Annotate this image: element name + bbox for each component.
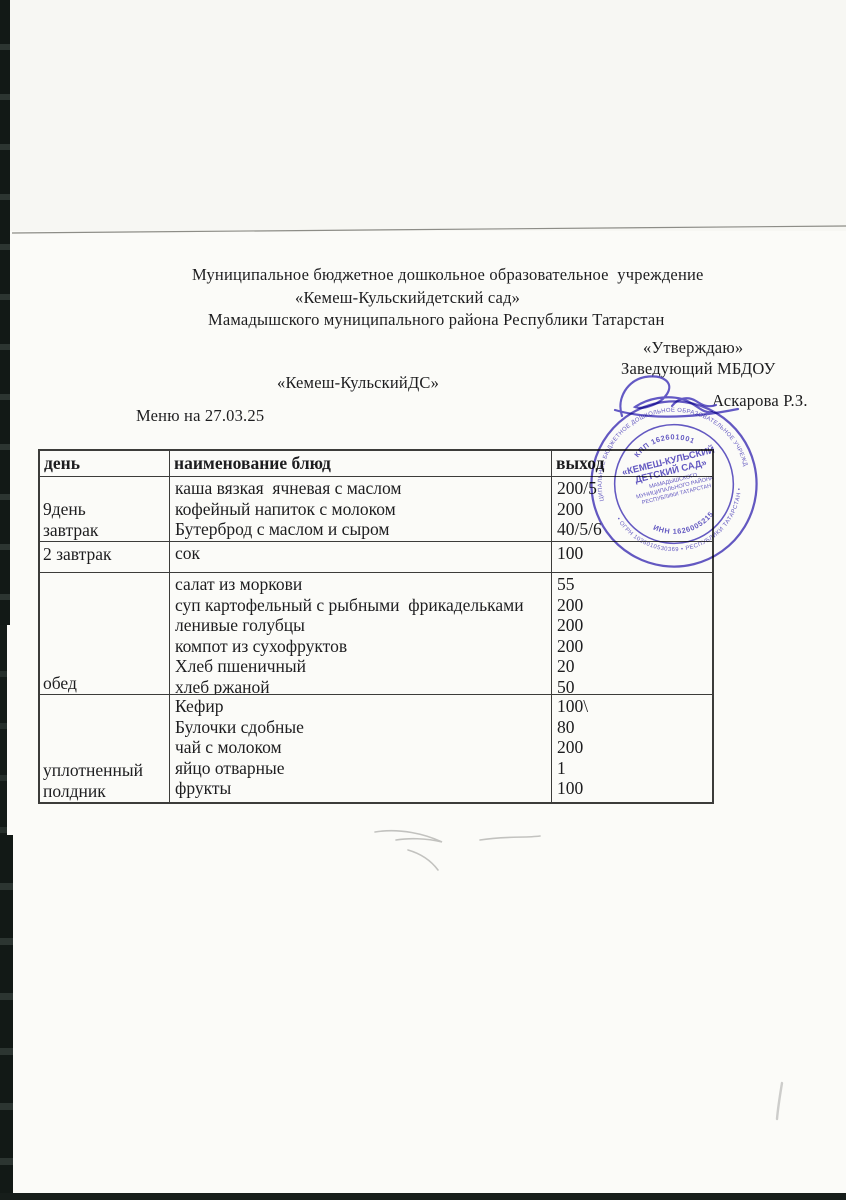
org-short-name: «Кемеш-КульскийДС» bbox=[277, 373, 439, 393]
pencil-mark bbox=[330, 810, 580, 910]
output-value: 100\ bbox=[557, 696, 710, 717]
table-row-breakfast-dishes: каша вязкая ячневая с маслом кофейный на… bbox=[170, 477, 552, 542]
output-value: 200 bbox=[557, 595, 710, 616]
dish-item: Кефир bbox=[175, 696, 549, 717]
table-row-breakfast-outputs: 200/5 200 40/5/6 bbox=[552, 477, 712, 542]
scan-bottom-edge bbox=[0, 1193, 846, 1200]
table-row-lunch-outputs: 55 200 200 200 20 50 bbox=[552, 573, 712, 695]
output-value: 200 bbox=[557, 615, 710, 636]
approve-role: Заведующий МБДОУ bbox=[621, 359, 776, 379]
day-label-line: обед bbox=[43, 673, 167, 694]
output-value: 200 bbox=[557, 499, 710, 520]
org-name-line3: Мамадышского муниципального района Респу… bbox=[208, 310, 664, 330]
output-value: 100 bbox=[557, 778, 710, 799]
dish-item: каша вязкая ячневая с маслом bbox=[175, 478, 549, 499]
dish-item: кофейный напиток с молоком bbox=[175, 499, 549, 520]
org-name-line2: «Кемеш-Кульскийдетский сад» bbox=[295, 288, 520, 308]
day-label-line: уплотненный bbox=[43, 760, 167, 781]
day-label-line: 2 завтрак bbox=[43, 544, 167, 565]
day-label-line: 9день bbox=[43, 499, 167, 520]
output-value: 200 bbox=[557, 636, 710, 657]
dish-item: яйцо отварные bbox=[175, 758, 549, 779]
table-row-lunch-day: обед bbox=[40, 573, 170, 695]
output-value: 200/5 bbox=[557, 478, 710, 499]
day-label-line: полдник bbox=[43, 781, 167, 802]
dish-item: салат из моркови bbox=[175, 574, 549, 595]
output-value: 80 bbox=[557, 717, 710, 738]
table-row-breakfast-day: 9день завтрак bbox=[40, 477, 170, 542]
table-row-second-breakfast-day: 2 завтрак bbox=[40, 542, 170, 573]
scanned-menu-page: Муниципальное бюджетное дошкольное образ… bbox=[0, 0, 846, 1200]
dish-item: суп картофельный с рыбными фрикадельками bbox=[175, 595, 549, 616]
dish-item: компот из сухофруктов bbox=[175, 636, 549, 657]
table-row-second-breakfast-outputs: 100 bbox=[552, 542, 712, 573]
dish-item: чай с молоком bbox=[175, 737, 549, 758]
output-value: 20 bbox=[557, 656, 710, 677]
column-header-output: выход bbox=[552, 451, 712, 477]
output-value: 200 bbox=[557, 737, 710, 758]
scan-top-paper-region bbox=[0, 0, 846, 231]
table-row-snack-dishes: Кефир Булочки сдобные чай с молоком яйцо… bbox=[170, 695, 552, 802]
table-row-lunch-dishes: салат из моркови суп картофельный с рыбн… bbox=[170, 573, 552, 695]
scan-binding-edge-top bbox=[0, 0, 10, 625]
pencil-mark-small bbox=[760, 1075, 800, 1135]
dish-item: Бутерброд с маслом и сыром bbox=[175, 519, 549, 540]
table-row-snack-day: уплотненный полдник bbox=[40, 695, 170, 802]
output-value: 40/5/6 bbox=[557, 519, 710, 540]
menu-table: день наименование блюд выход 9день завтр… bbox=[38, 449, 714, 804]
table-row-snack-outputs: 100\ 80 200 1 100 bbox=[552, 695, 712, 802]
output-value: 100 bbox=[557, 543, 710, 564]
dish-item: Хлеб пшеничный bbox=[175, 656, 549, 677]
dish-item: Булочки сдобные bbox=[175, 717, 549, 738]
approve-label: «Утверждаю» bbox=[643, 338, 743, 358]
dish-item: сок bbox=[175, 543, 549, 564]
approver-name: Аскарова Р.З. bbox=[712, 391, 808, 411]
output-value: 55 bbox=[557, 574, 710, 595]
table-row-second-breakfast-dishes: сок bbox=[170, 542, 552, 573]
dish-item: хлеб ржаной bbox=[175, 677, 549, 696]
day-label-line: завтрак bbox=[43, 520, 167, 541]
scan-binding-edge-bottom bbox=[0, 835, 13, 1200]
org-name-line1: Муниципальное бюджетное дошкольное образ… bbox=[192, 265, 704, 285]
menu-title: Меню на 27.03.25 bbox=[136, 406, 264, 426]
dish-item: фрукты bbox=[175, 778, 549, 799]
scan-binding-edge-middle bbox=[0, 625, 7, 835]
column-header-dishes: наименование блюд bbox=[170, 451, 552, 477]
column-header-day: день bbox=[40, 451, 170, 477]
output-value: 1 bbox=[557, 758, 710, 779]
output-value: 50 bbox=[557, 677, 710, 696]
dish-item: ленивые голубцы bbox=[175, 615, 549, 636]
